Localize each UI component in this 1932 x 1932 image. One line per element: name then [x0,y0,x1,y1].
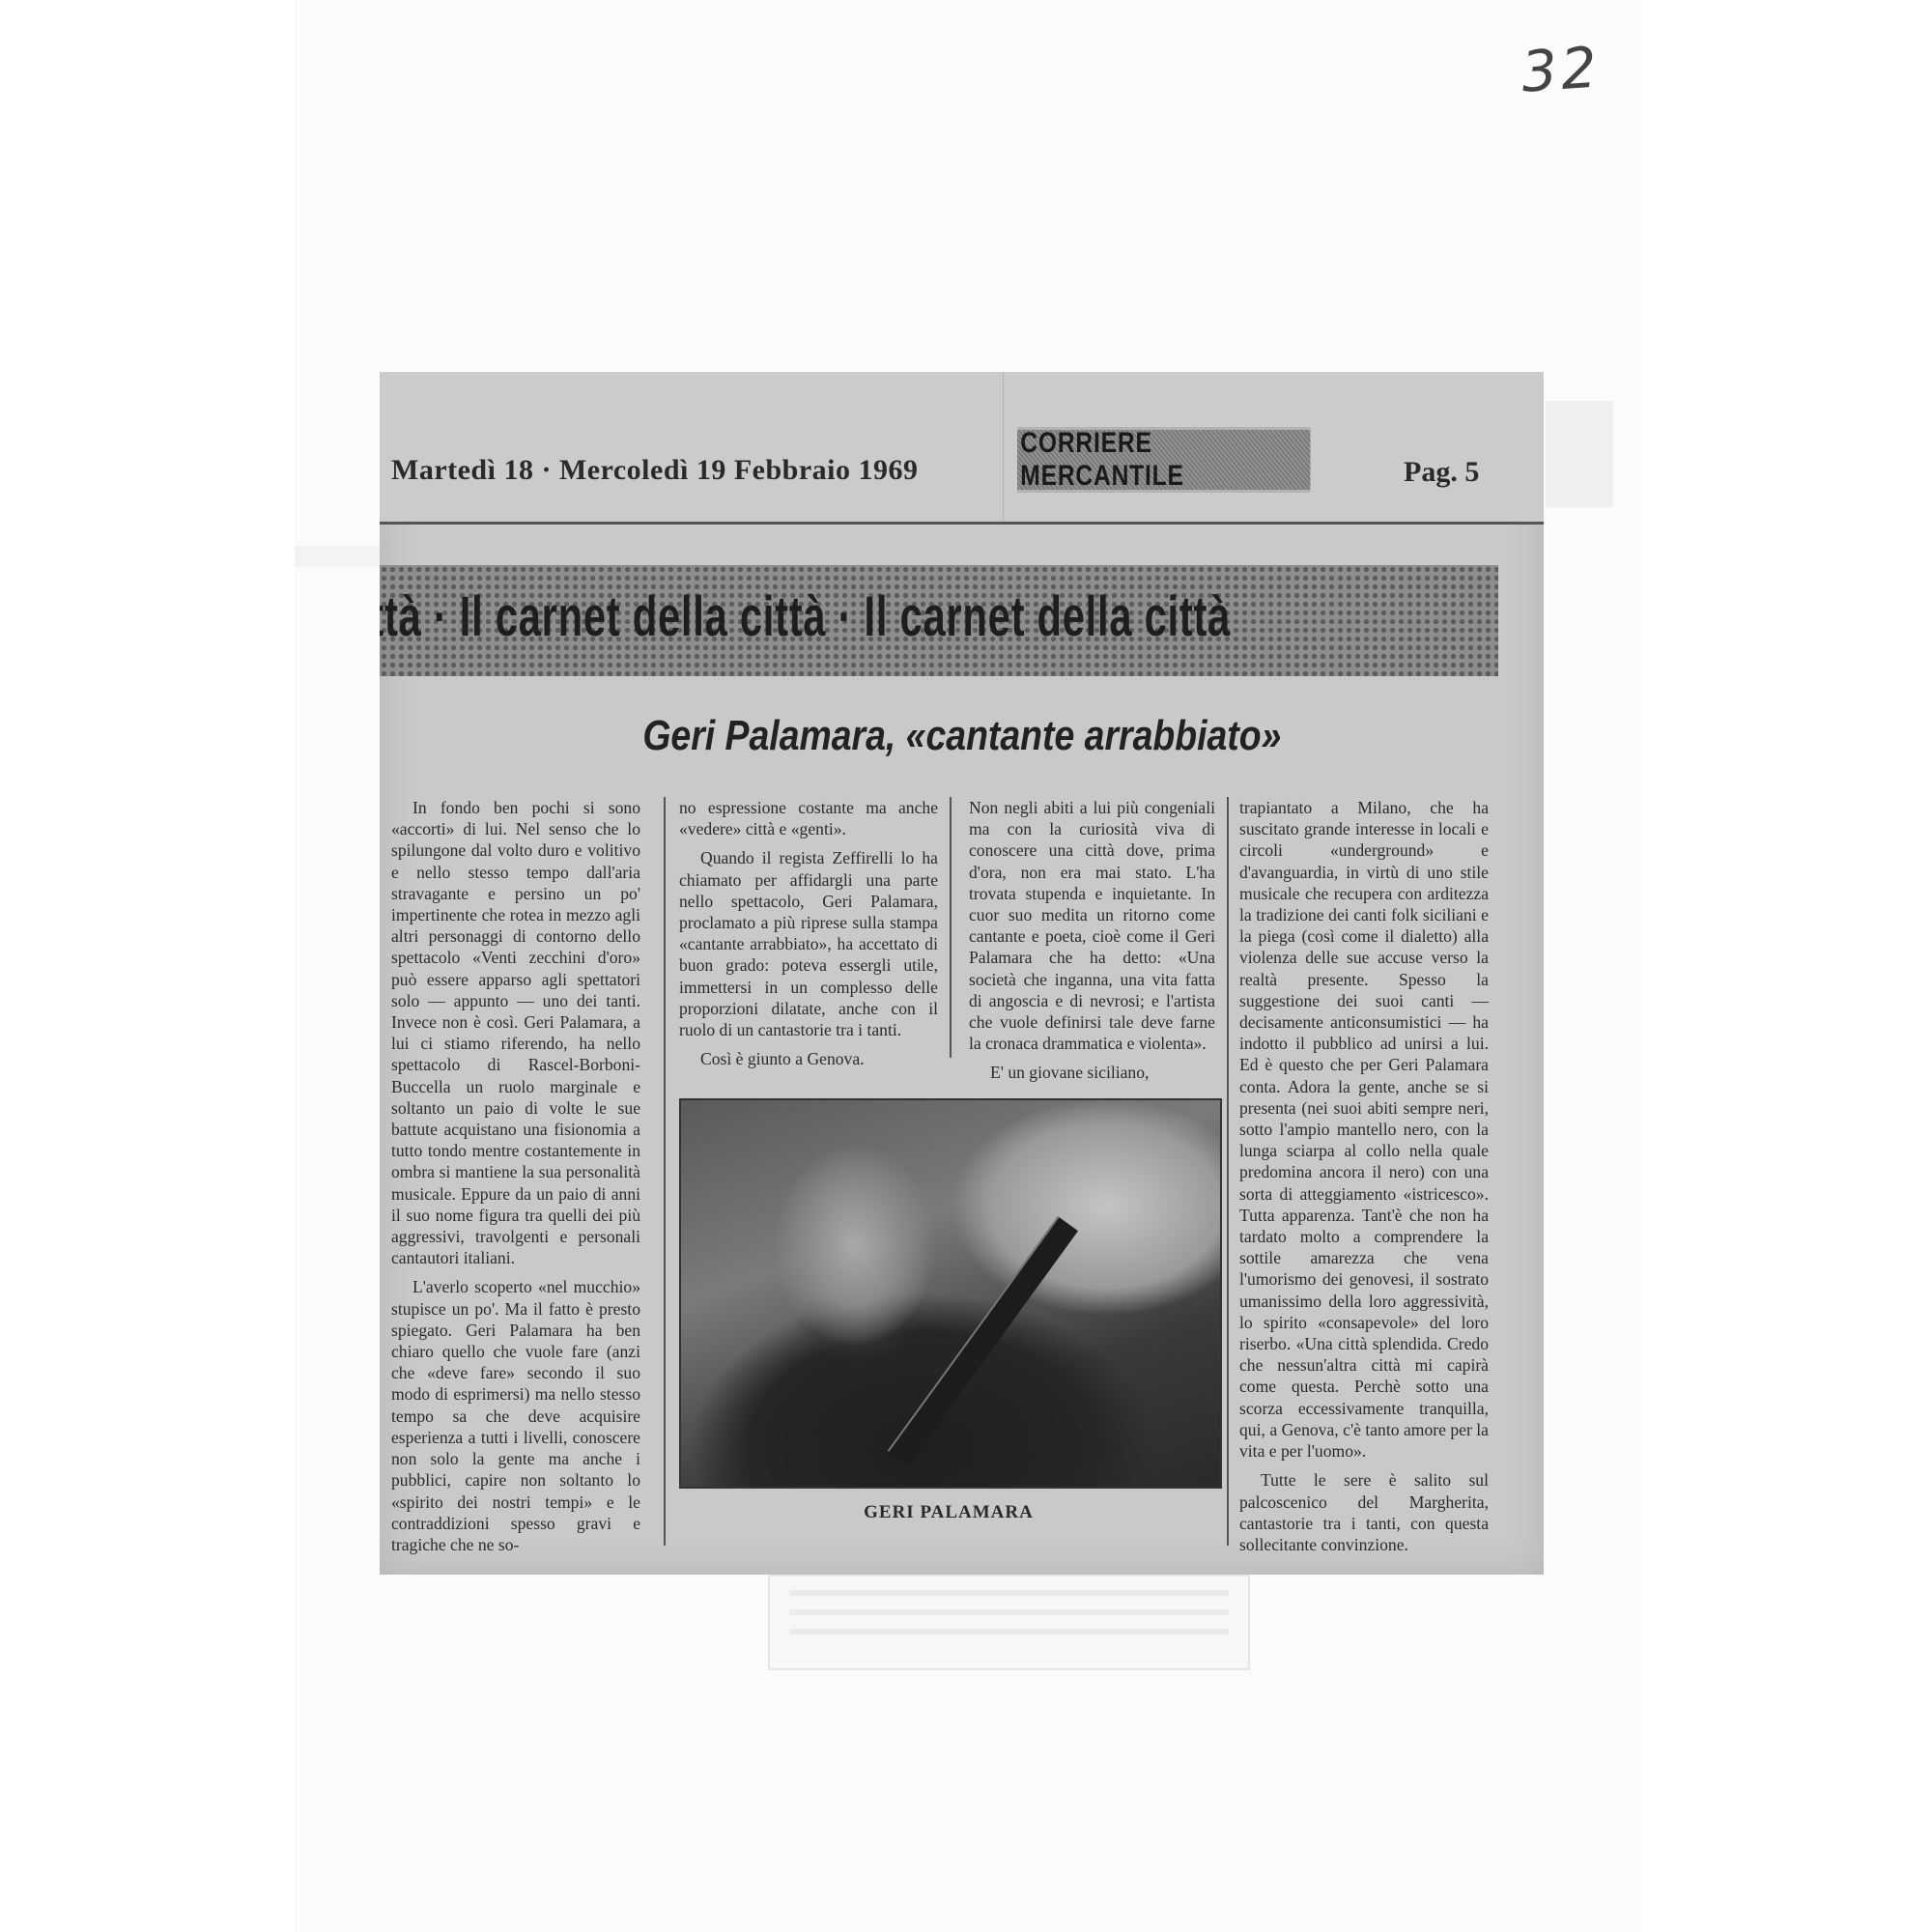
article-headline: Geri Palamara, «cantante arrabbiato» [380,712,1544,760]
newspaper-name-text: CORRIERE MERCANTILE [1017,427,1310,493]
column-rule [664,797,666,1546]
paragraph: Così è giunto a Genova. [679,1048,938,1069]
masthead: Martedì 18 · Mercoledì 19 Febbraio 1969 … [380,372,1544,525]
paragraph: no espressione costante ma anche «vedere… [679,797,938,839]
column-rule [1227,797,1229,1546]
section-rubric: ittà · Il carnet della città · Il carnet… [380,584,1231,649]
guitar-shape [888,1216,1078,1465]
paragraph: E' un giovane siciliano, [969,1062,1215,1083]
article-column-1: In fondo ben pochi si sono «accorti» di … [391,797,640,1555]
page-label: Pag. 5 [1404,456,1479,489]
article-headline-text: Geri Palamara, «cantante arrabbiato» [642,712,1281,760]
paragraph: trapiantato a Milano, che ha suscitato g… [1239,797,1489,1462]
photo-caption: GERI PALAMARA [679,1502,1218,1523]
bleed-through-text-block [768,1575,1250,1670]
paragraph: Quando il regista Zeffirelli lo ha chiam… [679,847,938,1040]
article-column-2: no espressione costante ma anche «vedere… [679,797,938,1069]
paragraph: Non negli abiti a lui più congeniali ma … [969,797,1215,1054]
column-rule [950,797,952,1058]
masthead-divider [1003,372,1004,522]
newspaper-name: CORRIERE MERCANTILE [1017,430,1310,490]
handwritten-page-number: 32 [1520,34,1603,105]
paragraph: L'averlo scoperto «nel mucchio» stupisce… [391,1276,640,1555]
article-column-3: Non negli abiti a lui più congeniali ma … [969,797,1215,1084]
section-rubric-band: ittà · Il carnet della città · Il carnet… [380,565,1498,676]
bleed-through-mark [1546,401,1613,507]
newspaper-clipping: Martedì 18 · Mercoledì 19 Febbraio 1969 … [380,372,1544,1575]
bleed-through-mark [295,546,382,567]
article-column-4: trapiantato a Milano, che ha suscitato g… [1239,797,1489,1555]
paragraph: Tutte le sere è salito sul palcoscenico … [1239,1469,1489,1555]
singer-photo [679,1098,1222,1489]
paragraph: In fondo ben pochi si sono «accorti» di … [391,797,640,1268]
issue-date: Martedì 18 · Mercoledì 19 Febbraio 1969 [391,454,919,487]
